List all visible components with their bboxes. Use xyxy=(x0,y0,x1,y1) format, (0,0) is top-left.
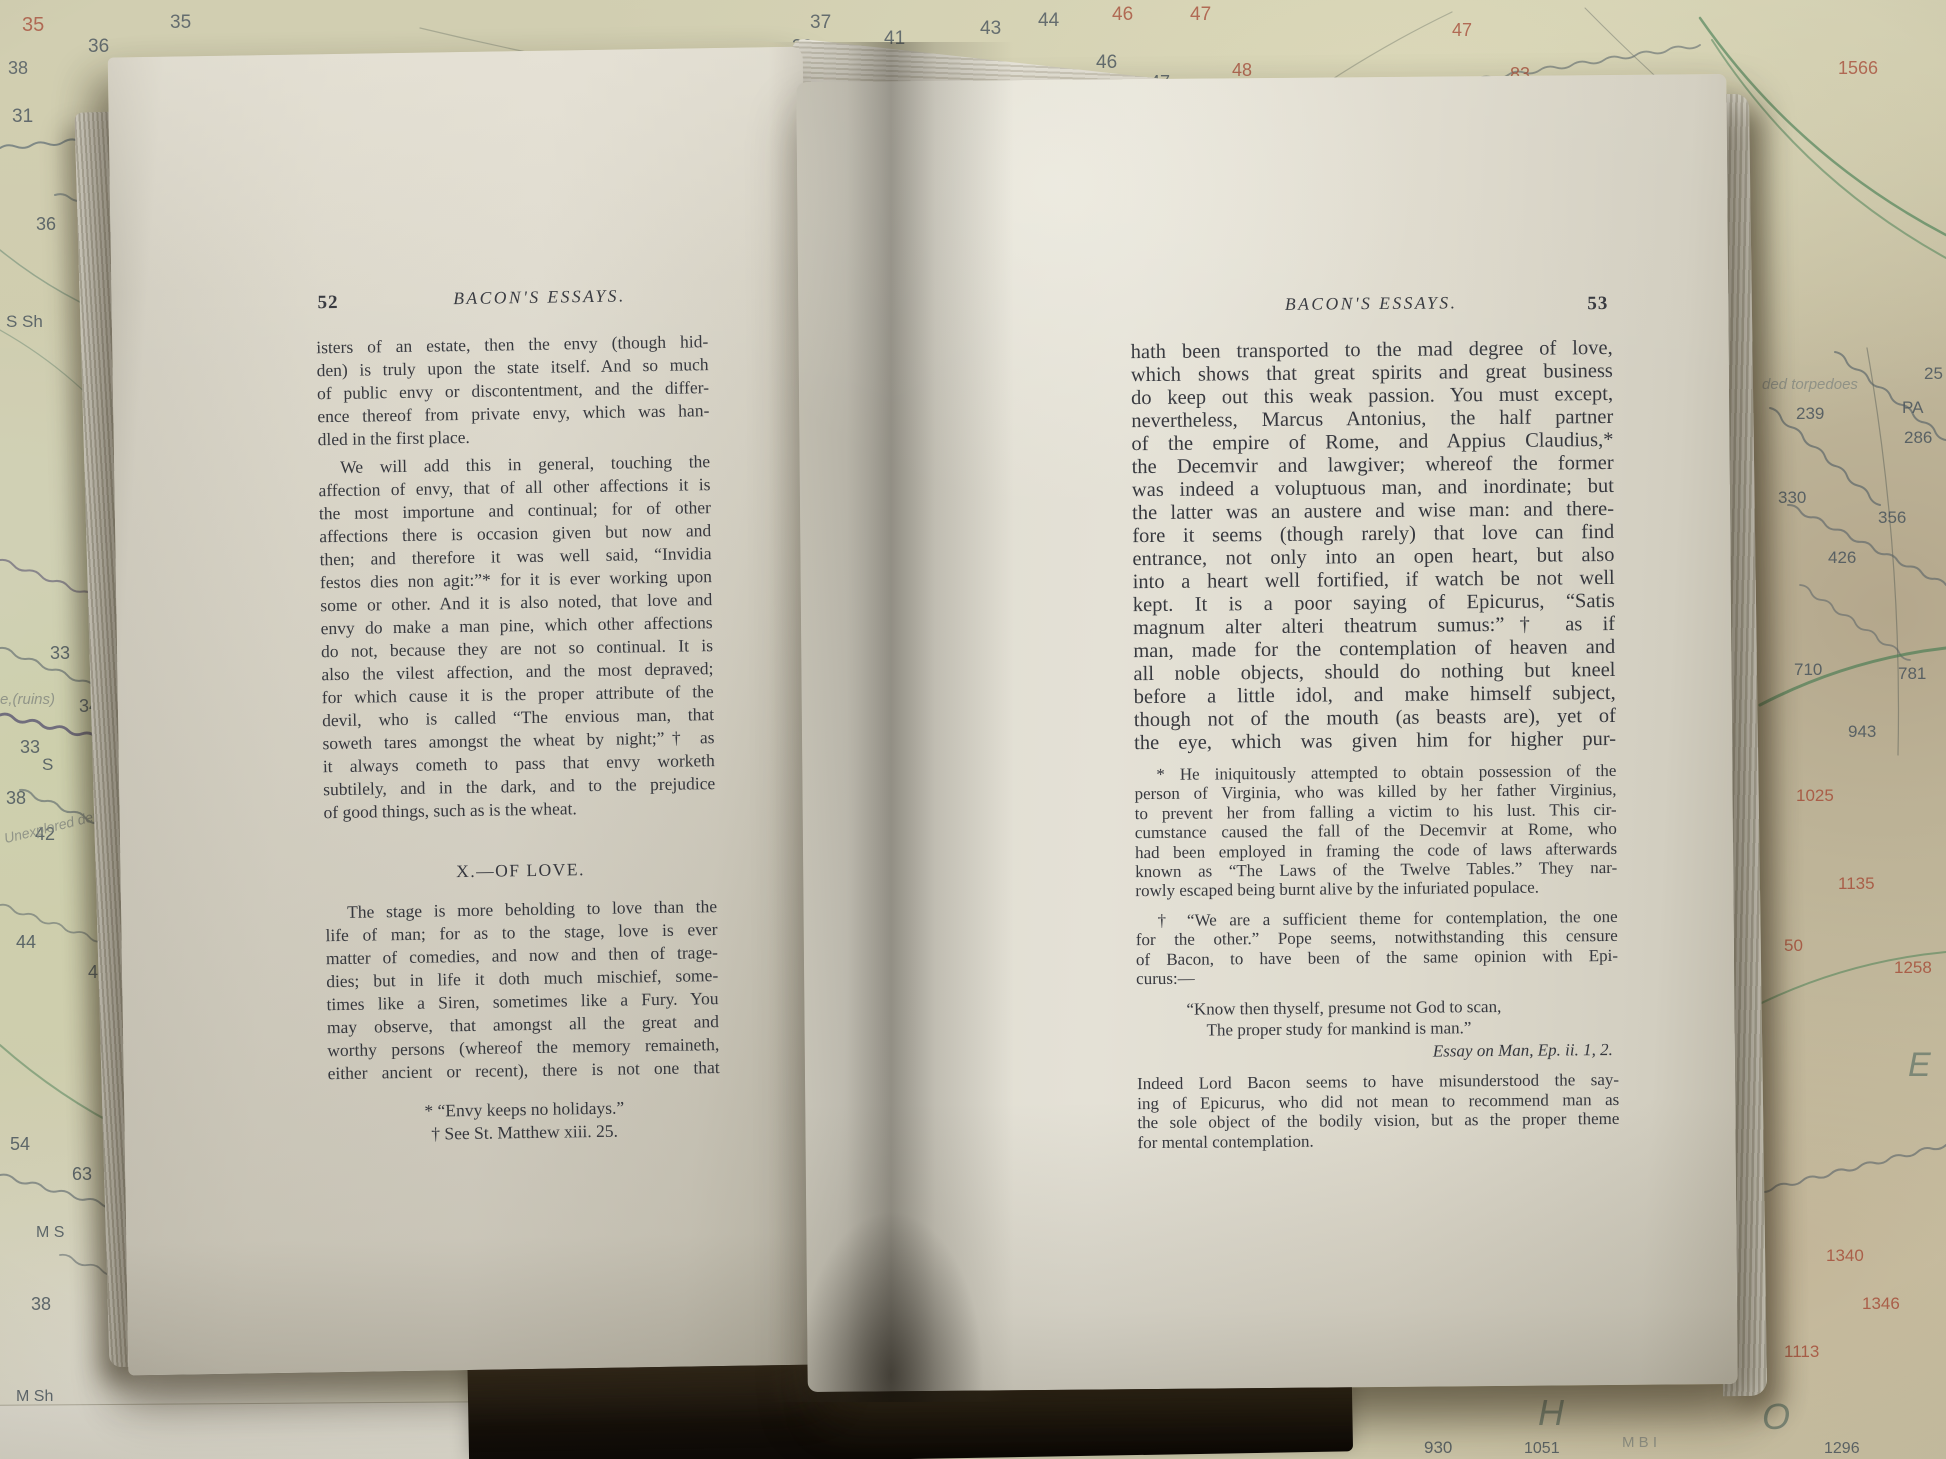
left-page-body: isters of an estate, then the envy (thou… xyxy=(316,330,721,1147)
chart-depth-number: 38 xyxy=(8,58,28,79)
paragraph: isters of an estate, then the envy (thou… xyxy=(316,330,710,451)
book-right-page: BACON'S ESSAYS. 53 hath been transported… xyxy=(796,74,1737,1392)
chart-label: S Sh xyxy=(6,312,43,332)
right-page-header: BACON'S ESSAYS. 53 xyxy=(1130,291,1612,341)
chart-depth-number: 36 xyxy=(36,214,56,235)
footnote: † “We are a sufficient theme for contemp… xyxy=(1136,907,1619,989)
chart-label: H xyxy=(1538,1392,1564,1434)
chart-depth-number: 37 xyxy=(810,12,831,34)
chart-depth-number: 38 xyxy=(31,1294,51,1315)
right-page-number: 53 xyxy=(1587,293,1608,315)
chart-depth-number: 33 xyxy=(20,737,40,758)
footnote: Indeed Lord Bacon seems to have misunder… xyxy=(1137,1070,1620,1152)
right-page-body: hath been transported to the mad degree … xyxy=(1131,337,1620,1152)
chart-depth-number: 46 xyxy=(1096,52,1117,74)
chart-depth-number: 781 xyxy=(1898,664,1926,684)
chart-depth-number: 50 xyxy=(1784,936,1803,956)
text-line: the eye, which was given him for higher … xyxy=(1134,728,1616,755)
book-left-page: 52 BACON'S ESSAYS. isters of an estate, … xyxy=(108,47,824,1376)
right-page-text-column: BACON'S ESSAYS. 53 hath been transported… xyxy=(1130,291,1619,1152)
text-line: Essay on Man, Ep. ii. 1, 2. xyxy=(1137,1040,1613,1064)
text-line: X.—OF LOVE. xyxy=(324,856,716,885)
chart-depth-number: 1025 xyxy=(1796,786,1834,806)
left-page-number: 52 xyxy=(317,292,338,314)
chart-depth-number: 1051 xyxy=(1524,1440,1560,1458)
text-line: dled in the first place. xyxy=(318,422,710,451)
chart-depth-number: 1135 xyxy=(1838,874,1875,894)
text-line: rowly escaped being burnt alive by the i… xyxy=(1135,877,1617,901)
chart-label: M Sh xyxy=(16,1388,53,1406)
quote: “Know then thyself, presume not God to s… xyxy=(1186,996,1618,1041)
chart-depth-number: 286 xyxy=(1904,428,1932,448)
chart-depth-number: 1258 xyxy=(1894,958,1932,978)
chart-depth-number: 710 xyxy=(1794,660,1822,680)
text-line: The proper study for mankind is man.” xyxy=(1207,1017,1619,1041)
text-line: of good things, such as is the wheat. xyxy=(323,795,715,824)
chart-depth-number: 36 xyxy=(88,36,109,58)
chart-depth-number: 356 xyxy=(1878,508,1906,528)
chart-label: M B I xyxy=(1622,1434,1657,1451)
footnote: * He iniquitously attempted to obtain po… xyxy=(1134,761,1617,901)
footnote-center: * “Envy keeps no holidays.”† See St. Mat… xyxy=(328,1095,721,1147)
chart-depth-number: 426 xyxy=(1828,548,1856,568)
chart-depth-number: 25 xyxy=(1924,364,1943,384)
chart-depth-number: 330 xyxy=(1778,488,1806,508)
chart-depth-number: 41 xyxy=(884,28,905,50)
left-running-head: BACON'S ESSAYS. xyxy=(371,284,707,310)
chart-label: E xyxy=(1908,1046,1931,1085)
chart-depth-number: 1566 xyxy=(1838,58,1878,79)
chart-depth-number: 38 xyxy=(6,788,26,809)
chart-depth-number: 33 xyxy=(50,643,70,664)
chart-label: M S xyxy=(36,1224,64,1242)
left-page-header: 52 BACON'S ESSAYS. xyxy=(315,284,708,336)
left-page-text-column: 52 BACON'S ESSAYS. isters of an estate, … xyxy=(315,284,720,1147)
chart-depth-number: 35 xyxy=(170,12,191,34)
text-line: either ancient or recent), there is not … xyxy=(327,1056,719,1085)
chart-depth-number: 47 xyxy=(1190,4,1211,26)
chart-depth-number: 46 xyxy=(1112,4,1133,26)
text-line: for mental contemplation. xyxy=(1137,1129,1619,1153)
photo-of-open-book-on-nautical-chart: 35363538313536S Sh3738414344464741424446… xyxy=(0,0,1946,1459)
chart-depth-number: 1296 xyxy=(1824,1440,1860,1458)
chart-depth-number: 943 xyxy=(1848,722,1876,742)
chart-depth-number: 47 xyxy=(1452,20,1472,41)
chart-depth-number: 44 xyxy=(1038,10,1059,32)
paragraph: We will add this in general, touching th… xyxy=(318,450,716,824)
chart-label: ded torpedoes xyxy=(1762,376,1858,393)
attribution: Essay on Man, Ep. ii. 1, 2. xyxy=(1137,1040,1619,1064)
paragraph: hath been transported to the mad degree … xyxy=(1131,337,1617,755)
chart-depth-number: 63 xyxy=(72,1164,92,1185)
chart-label: e,(ruins) xyxy=(0,691,55,708)
text-line: curus:— xyxy=(1136,965,1618,989)
chart-label: S xyxy=(42,755,53,775)
chart-depth-number: 44 xyxy=(16,932,36,953)
text-line: † See St. Matthew xiii. 25. xyxy=(328,1118,720,1147)
chart-depth-number: 1113 xyxy=(1784,1342,1819,1362)
chart-depth-number: 43 xyxy=(980,18,1001,40)
chart-depth-number: 1340 xyxy=(1826,1246,1864,1266)
chart-depth-number: 54 xyxy=(10,1134,30,1155)
chart-depth-number: 31 xyxy=(12,106,33,128)
paragraph: The stage is more beholding to love than… xyxy=(325,895,720,1085)
chart-label: PA xyxy=(1902,398,1923,418)
chart-label: O xyxy=(1762,1396,1790,1438)
chart-depth-number: 930 xyxy=(1424,1438,1452,1458)
chart-depth-number: 1346 xyxy=(1862,1294,1900,1314)
chart-depth-number: 239 xyxy=(1796,404,1824,424)
right-running-head: BACON'S ESSAYS. xyxy=(1130,291,1612,316)
heading: X.—OF LOVE. xyxy=(324,856,716,885)
chart-depth-number: 35 xyxy=(22,14,44,37)
